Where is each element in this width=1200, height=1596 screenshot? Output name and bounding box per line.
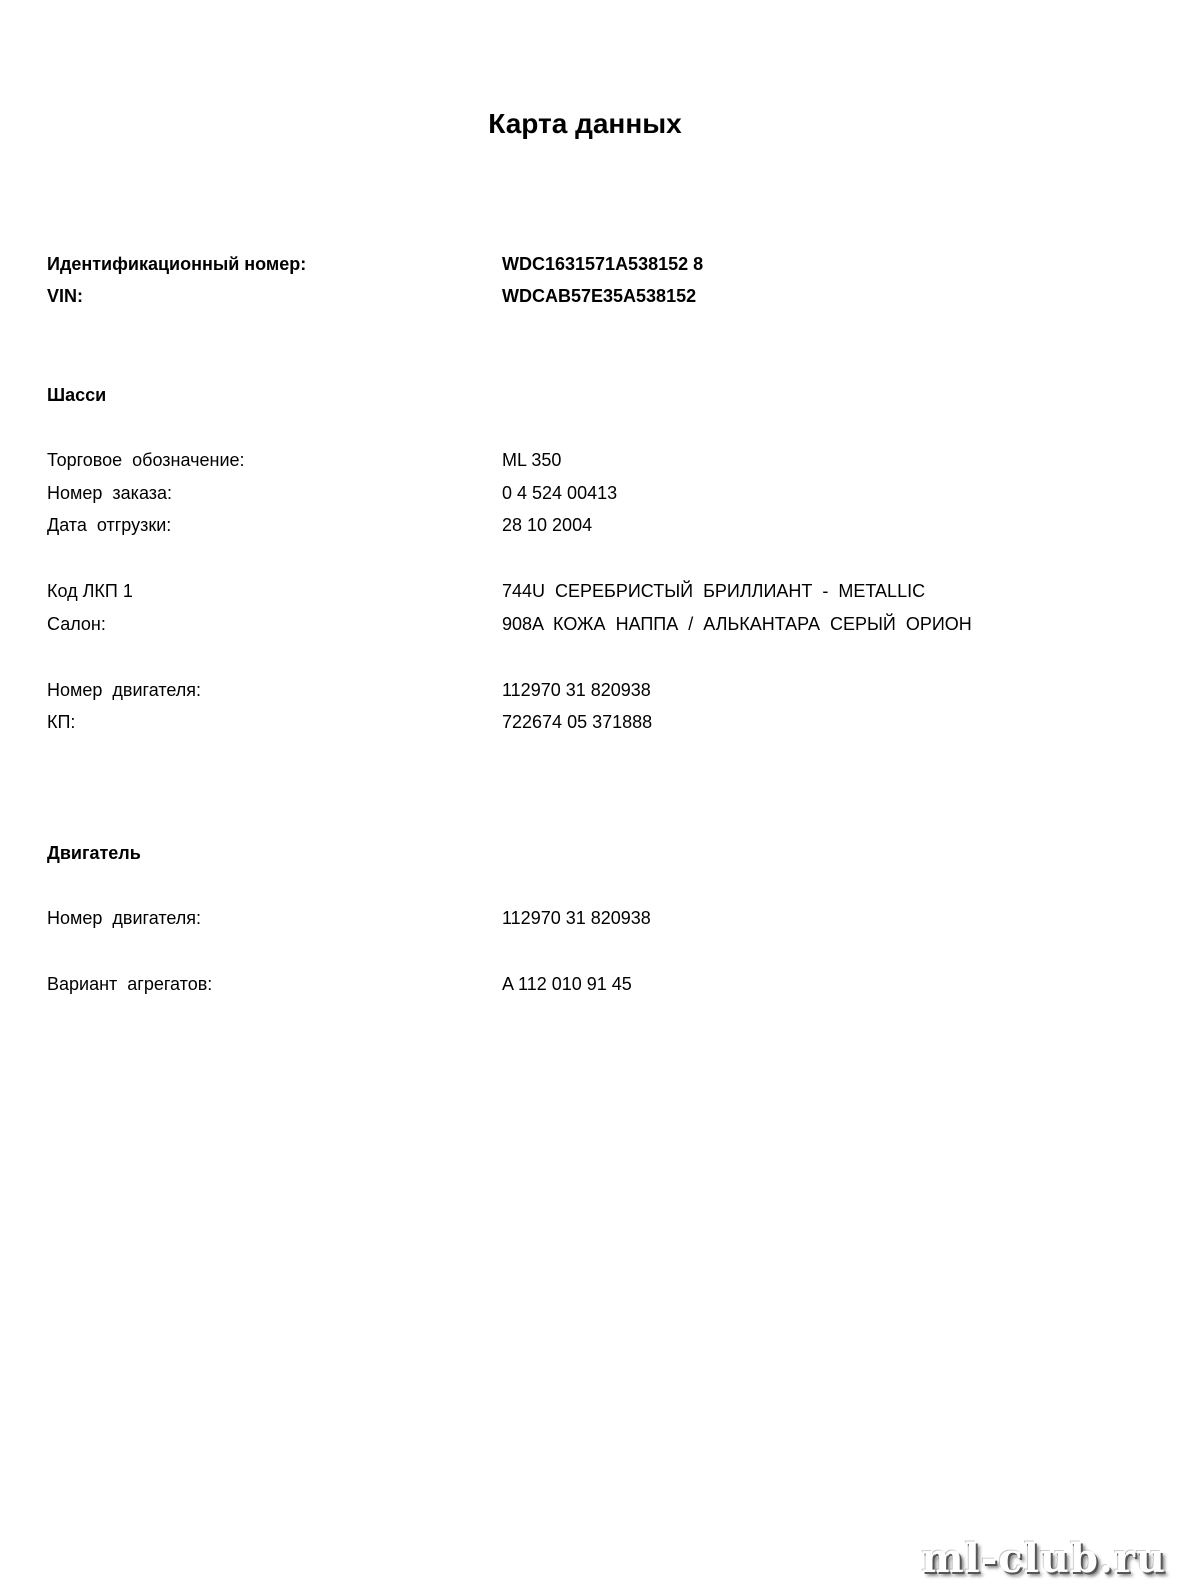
field-label: КП: — [47, 712, 75, 733]
field-value: WDCAB57E35A538152 — [502, 286, 696, 307]
field-label: Номер двигателя: — [47, 908, 201, 929]
field-label: Дата отгрузки: — [47, 515, 171, 536]
field-value: A 112 010 91 45 — [502, 974, 632, 995]
trade-designation-row: Торговое обозначение: ML 350 — [47, 450, 1147, 474]
field-label: Код ЛКП 1 — [47, 581, 133, 602]
page-title: Карта данных — [0, 108, 1170, 140]
field-value: 722674 05 371888 — [502, 712, 652, 733]
field-value: 908A КОЖА НАППА / АЛЬКАНТАРА СЕРЫЙ ОРИОН — [502, 614, 972, 635]
field-value: 112970 31 820938 — [502, 908, 651, 929]
field-label: Вариант агрегатов: — [47, 974, 212, 995]
field-value: 28 10 2004 — [502, 515, 592, 536]
field-label: Салон: — [47, 614, 106, 635]
engine-number-row: Номер двигателя: 112970 31 820938 — [47, 908, 1147, 932]
field-label: Торговое обозначение: — [47, 450, 245, 471]
unit-variant-row: Вариант агрегатов: A 112 010 91 45 — [47, 974, 1147, 998]
engine-heading: Двигатель — [47, 843, 141, 864]
ship-date-row: Дата отгрузки: 28 10 2004 — [47, 515, 1147, 539]
field-value: 0 4 524 00413 — [502, 483, 617, 504]
field-label: Номер двигателя: — [47, 680, 201, 701]
order-number-row: Номер заказа: 0 4 524 00413 — [47, 483, 1147, 507]
transmission-row: КП: 722674 05 371888 — [47, 712, 1147, 736]
paint-code-row: Код ЛКП 1 744U СЕРЕБРИСТЫЙ БРИЛЛИАНТ - M… — [47, 581, 1147, 605]
field-label: Идентификационный номер: — [47, 254, 306, 275]
engine-number-row: Номер двигателя: 112970 31 820938 — [47, 680, 1147, 704]
watermark-logo: ml-club.ru — [921, 1535, 1166, 1582]
vin-row: VIN: WDCAB57E35A538152 — [47, 286, 1147, 310]
interior-row: Салон: 908A КОЖА НАППА / АЛЬКАНТАРА СЕРЫ… — [47, 614, 1147, 638]
field-value: 112970 31 820938 — [502, 680, 651, 701]
field-label: VIN: — [47, 286, 83, 307]
field-value: WDC1631571A538152 8 — [502, 254, 703, 275]
id-number-row: Идентификационный номер: WDC1631571A5381… — [47, 254, 1147, 278]
field-label: Номер заказа: — [47, 483, 172, 504]
field-value: ML 350 — [502, 450, 561, 471]
chassis-heading: Шасси — [47, 385, 106, 406]
field-value: 744U СЕРЕБРИСТЫЙ БРИЛЛИАНТ - METALLIC — [502, 581, 925, 602]
